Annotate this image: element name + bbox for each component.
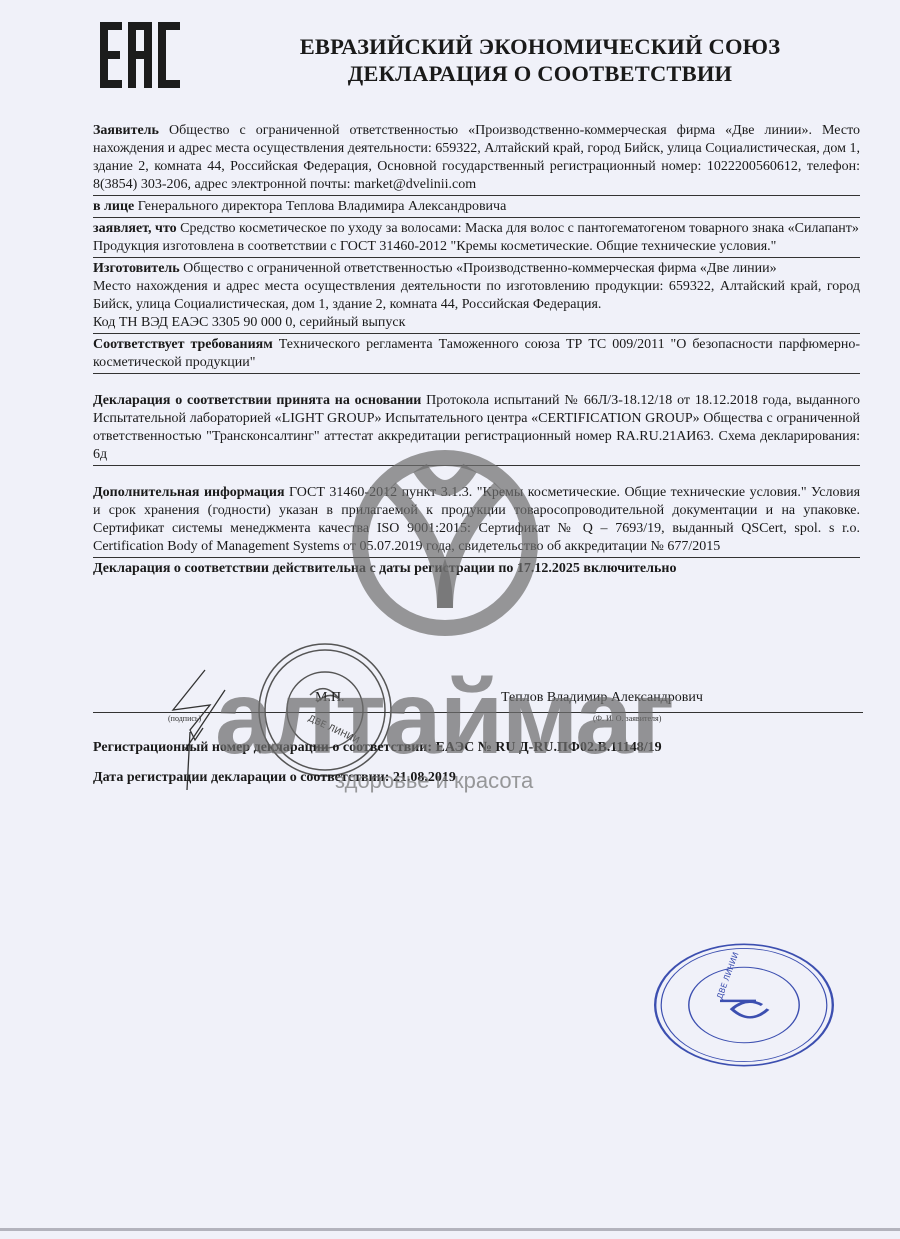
declares-section: заявляет, что Средство косметическое по … [93, 220, 860, 258]
blue-company-stamp-icon: ДВЕ ЛИНИИ [632, 925, 857, 1085]
union-title: ЕВРАЗИЙСКИЙ ЭКОНОМИЧЕСКИЙ СОЮЗ [280, 33, 800, 60]
additional-label: Дополнительная информация [93, 485, 285, 500]
standard-text: Продукция изготовлена в соответствии с Г… [93, 238, 860, 256]
represented-label: в лице [93, 199, 134, 214]
manufacturer-section: Изготовитель Общество с ограниченной отв… [93, 260, 860, 334]
complies-section: Соответствует требованиям Технического р… [93, 336, 860, 374]
manufacturer-text: Общество с ограниченной ответственностью… [183, 261, 777, 276]
manufacturer-label: Изготовитель [93, 261, 180, 276]
declares-label: заявляет, что [93, 221, 177, 236]
document-header: ЕВРАЗИЙСКИЙ ЭКОНОМИЧЕСКИЙ СОЮЗ ДЕКЛАРАЦИ… [280, 33, 800, 87]
stamp-center-text: ДВЕ ЛИНИИ [715, 951, 740, 1000]
watermark-brand: алтаймаг [215, 668, 672, 768]
represented-text: Генерального директора Теплова Владимира… [138, 199, 507, 214]
hs-code: Код ТН ВЭД ЕАЭС 3305 90 000 0, серийный … [93, 314, 860, 332]
manufacturer-address: Место нахождения и адрес места осуществл… [93, 278, 860, 314]
represented-section: в лице Генерального директора Теплова Вл… [93, 198, 860, 218]
applicant-text: Общество с ограниченной ответственностью… [93, 123, 860, 192]
applicant-label: Заявитель [93, 123, 159, 138]
declaration-page: ЕВРАЗИЙСКИЙ ЭКОНОМИЧЕСКИЙ СОЮЗ ДЕКЛАРАЦИ… [0, 0, 900, 1239]
watermark-tagline: здоровье и красота [335, 768, 533, 794]
complies-label: Соответствует требованиям [93, 337, 273, 352]
product-text: Средство косметическое по уходу за волос… [180, 221, 859, 236]
watermark-logo-icon [350, 448, 540, 638]
applicant-section: Заявитель Общество с ограниченной ответс… [93, 122, 860, 196]
basis-label: Декларация о соответствии принята на осн… [93, 393, 421, 408]
signature-caption: (подпись) [168, 714, 201, 723]
eac-mark-icon [100, 22, 180, 88]
document-title: ДЕКЛАРАЦИЯ О СООТВЕТСТВИИ [280, 60, 800, 87]
scan-bottom-edge [0, 1228, 900, 1231]
